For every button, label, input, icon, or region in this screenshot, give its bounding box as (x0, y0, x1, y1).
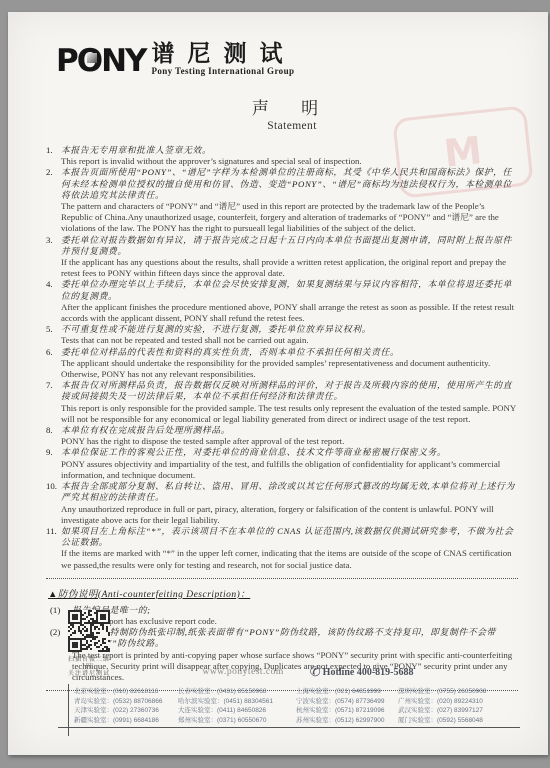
item-number: 6. (46, 347, 61, 381)
footer-vertical-rule (68, 684, 69, 736)
lab-entry: 长春实验室：(0431) 85150968 (178, 687, 290, 697)
item-zh: 不可重复性或不能进行复测的实验，不进行复测，委托单位放弃异议权利。 (61, 324, 518, 335)
statement-list: 1. 本报告无专用章和批准人签章无效。This report is invali… (46, 145, 518, 571)
statement-item: 6. 委托单位对样品的代表性和资料的真实性负责，否则本单位不承担任何相关责任。T… (46, 347, 518, 381)
item-number: 4. (46, 279, 61, 324)
item-number: 8. (46, 425, 61, 447)
item-en: If the applicant has any questions about… (61, 257, 518, 279)
hotline-number: Hotline 400-819-5688 (323, 667, 414, 678)
anti-item: (1) 报告编号是唯一的;The test report has exclusi… (50, 605, 518, 627)
item-en: The pattern and characters of “PONY” and… (61, 201, 518, 235)
footer-horizontal-rule (58, 727, 520, 728)
lab-entry: 天津实验室：(022) 27360736 (74, 706, 172, 716)
item-en: After the applicant finishes the procedu… (61, 302, 518, 324)
item-number: 11. (46, 526, 61, 571)
labs-column-4: 深圳实验室：(0755) 26050908 广州实验室：(020) 892243… (398, 687, 530, 725)
logo-chinese-name: 谱尼测试 (151, 42, 295, 66)
pony-logo: PONY 谱尼测试 Pony Testing International Gro… (56, 42, 295, 76)
item-en: Tests that can not be repeated and teste… (61, 335, 518, 346)
scanned-statement-page: PONY 谱尼测试 Pony Testing International Gro… (8, 12, 548, 755)
anti-item-en: The test report has exclusive report cod… (72, 616, 518, 627)
lab-entry: 杭州实验室：(0571) 87219096 (296, 706, 392, 716)
statement-item: 11. 如果项目左上角标注“*”，表示该项目不在本单位的 CNAS 认证范围内,… (46, 526, 518, 571)
lab-entry: 深圳实验室：(0755) 26050908 (398, 687, 530, 697)
statement-item: 8. 本单位有权在完成报告后处理所测样品。PONY has the right … (46, 425, 518, 447)
title-chinese: 声 明 (66, 94, 518, 119)
item-number: 3. (46, 235, 61, 280)
lab-entry: 哈尔滨实验室：(0451) 88304561 (178, 697, 290, 707)
statement-item: 7. 本报告仅对所测样品负责，报告数据仅反映对所测样品的评价，对于报告及所载内容… (46, 380, 518, 425)
labs-column-2: 长春实验室：(0431) 85150968 哈尔滨实验室：(0451) 8830… (178, 687, 290, 725)
statement-item: 10. 本报告全部或部分复制、私自转让、盗用、冒用、涂改或以其它任何形式篡改的均… (46, 481, 518, 526)
item-number: 10. (46, 481, 61, 526)
item-zh: 委托单位对样品的代表性和资料的真实性负责，否则本单位不承担任何相关责任。 (61, 347, 518, 358)
statement-item: 9. 本单位保证工作的客观公正性，对委托单位的商业信息、技术文件等商业秘密履行保… (46, 447, 518, 481)
lab-entry: 广州实验室：(020) 89224310 (398, 697, 530, 707)
item-zh: 本报告无专用章和批准人签章无效。 (61, 145, 518, 156)
dotted-divider-top (46, 578, 518, 579)
item-en: PONY has the right to dispose the tested… (61, 436, 518, 447)
lab-entry: 上海实验室：(021) 64851999 (296, 687, 392, 697)
website-url: www.ponytest.com (203, 667, 284, 677)
qr-code-image (68, 610, 110, 652)
lab-entry: 宁波实验室：(0574) 87736499 (296, 697, 392, 707)
title-english: Statement (66, 120, 518, 132)
anti-counterfeiting-heading: ▲防伪说明(Anti-counterfeiting Description)： (48, 586, 518, 600)
lab-entry: 大连实验室：(0411) 84650826 (178, 706, 290, 716)
item-zh: 本单位保证工作的客观公正性，对委托单位的商业信息、技术文件等商业秘密履行保密义务… (61, 447, 518, 458)
item-number: 9. (46, 447, 61, 481)
statement-item: 3. 委托单位对报告数据如有异议，请于报告完成之日起十五日内向本单位书面提出复测… (46, 235, 518, 280)
pony-wordmark: PONY (56, 46, 145, 76)
logo-subtitle: Pony Testing International Group (151, 66, 295, 76)
hotline: ✆ Hotline 400-819-5688 (310, 664, 414, 680)
item-en: This report is only responsible for the … (61, 403, 518, 425)
item-zh: 委托单位对报告数据如有异议，请于报告完成之日起十五日内向本单位书面提出复测申请，… (61, 235, 518, 257)
statement-item: 5. 不可重复性或不能进行复测的实验，不进行复测，委托单位放弃异议权利。Test… (46, 324, 518, 346)
item-zh: 委托单位办理完毕以上手续后，本单位会尽快安排复测，如果复测结果与异议内容相符，本… (61, 279, 518, 301)
lab-entry: 青岛实验室：(0532) 88706866 (74, 697, 172, 707)
labs-column-1: 北京实验室：(010) 82618116 青岛实验室：(0532) 887068… (74, 687, 172, 725)
lab-entry: 北京实验室：(010) 82618116 (74, 687, 172, 697)
lab-entry: 郑州实验室：(0371) 60550670 (178, 716, 290, 726)
statement-item: 2. 本报告页面所使用“PONY”、“谱尼”字样为本检测单位的注册商标，其受《中… (46, 167, 518, 234)
item-en: Any unauthorized reproduce in full or pa… (61, 504, 518, 526)
item-zh: 本报告仅对所测样品负责，报告数据仅反映对所测样品的评价，对于报告及所载内容的使用… (61, 380, 518, 402)
item-en: This report is invalid without the appro… (61, 156, 518, 167)
statement-item: 1. 本报告无专用章和批准人签章无效。This report is invali… (46, 145, 518, 167)
lab-entry: 苏州实验室：(0512) 62997900 (296, 716, 392, 726)
page-title: 声 明 Statement (66, 94, 518, 132)
statement-item: 4. 委托单位办理完毕以上手续后，本单位会尽快安排复测，如果复测结果与异议内容相… (46, 279, 518, 324)
lab-entry: 新疆实验室：(0991) 6684186 (74, 716, 172, 726)
item-zh: 本报告页面所使用“PONY”、“谱尼”字样为本检测单位的注册商标，其受《中华人民… (61, 167, 518, 201)
item-zh: 本单位有权在完成报告后处理所测样品。 (61, 425, 518, 436)
anti-item-zh: 报告编号是唯一的; (72, 605, 518, 616)
item-number: 2. (46, 167, 61, 234)
item-number: 7. (46, 380, 61, 425)
lab-entry: 武汉实验室：(027) 83997127 (398, 706, 530, 716)
item-number: 1. (46, 145, 61, 167)
item-zh: 如果项目左上角标注“*”，表示该项目不在本单位的 CNAS 认证范围内,该数据仅… (61, 526, 518, 548)
anti-item-zh: 报告采用特制防伪纸张印制,纸张表面带有“PONY”防伪纹路，该防伪纹路不支持复印… (72, 627, 518, 649)
lab-entry: 厦门实验室：(0592) 5568048 (398, 716, 530, 726)
phone-icon: ✆ (310, 664, 321, 680)
labs-contact-table: 北京实验室：(010) 82618116 青岛实验室：(0532) 887068… (74, 687, 530, 725)
item-number: 5. (46, 324, 61, 346)
labs-column-3: 上海实验室：(021) 64851999 宁波实验室：(0574) 877364… (296, 687, 392, 725)
logo-o-gradient-square (87, 53, 97, 63)
item-zh: 本报告全部或部分复制、私自转让、盗用、冒用、涂改或以其它任何形式篡改的均属无效,… (61, 481, 518, 503)
contact-row: www.ponytest.com ✆ Hotline 400-819-5688 (8, 664, 548, 680)
item-en: The applicant should undertake the respo… (61, 358, 518, 380)
statement-body: 声 明 Statement 1. 本报告无专用章和批准人签章无效。This re… (46, 94, 518, 698)
item-en: PONY assures objectivity and impartialit… (61, 459, 518, 481)
item-en: If the items are marked with “*” in the … (61, 548, 518, 570)
